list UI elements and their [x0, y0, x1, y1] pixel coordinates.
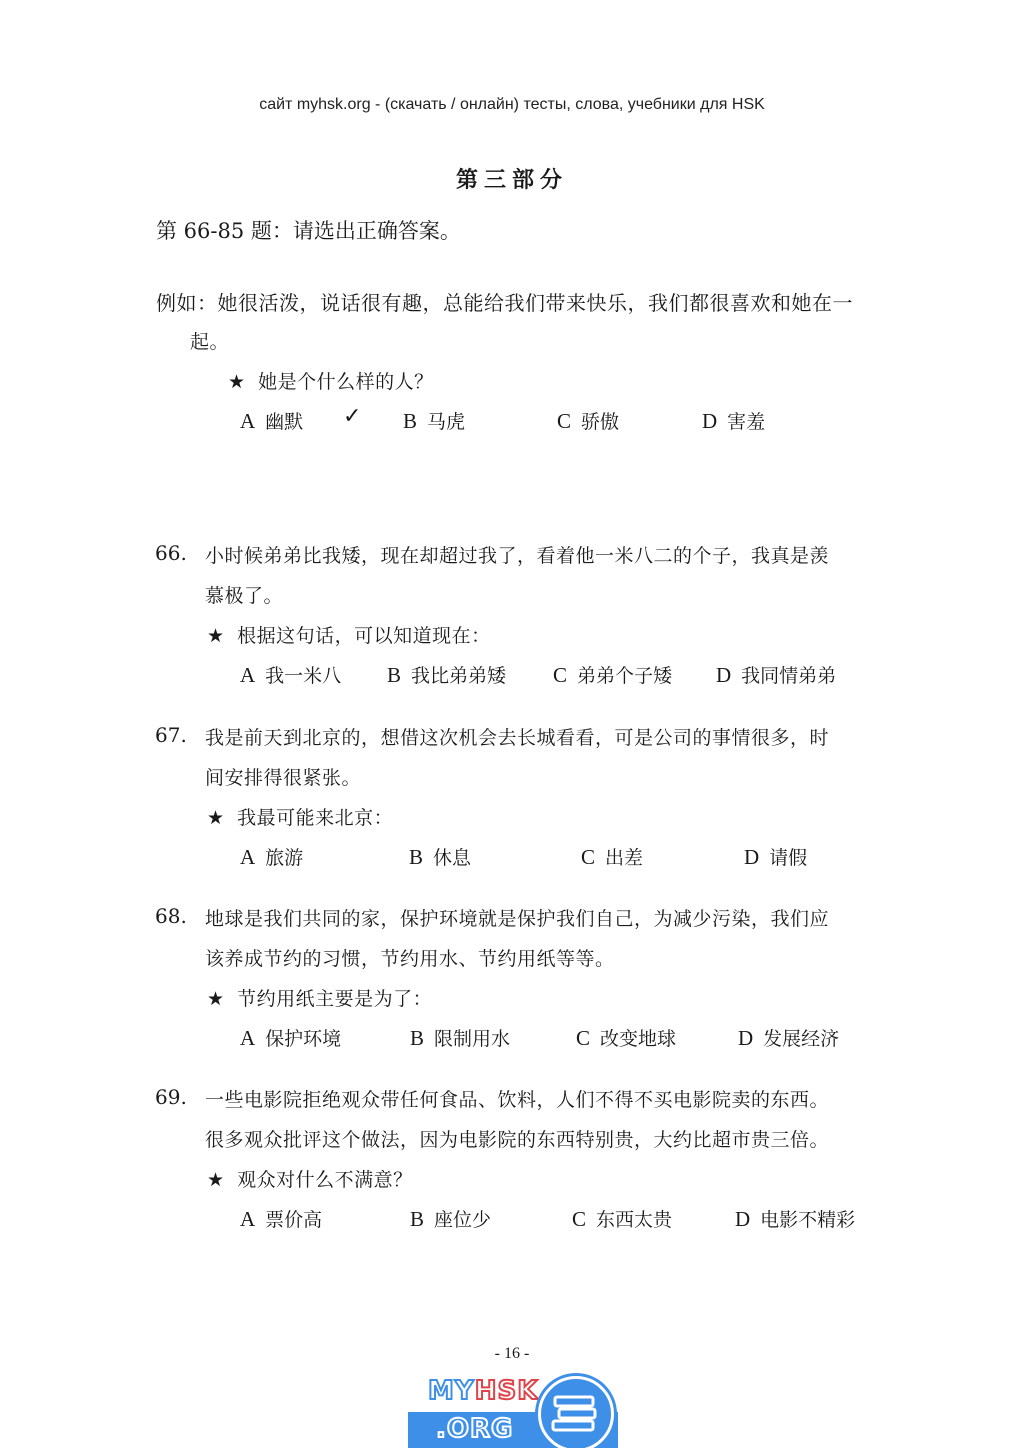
star-icon: ★	[207, 625, 224, 647]
option-d[interactable]: D电影不精彩	[735, 1205, 855, 1232]
option-d[interactable]: D我同情弟弟	[716, 661, 836, 688]
example-option-c: C骄傲	[557, 407, 619, 434]
example-option-b: B马虎	[403, 407, 465, 434]
option-b[interactable]: B座位少	[410, 1205, 491, 1232]
question-number: 66.	[155, 541, 187, 565]
question-number: 67.	[155, 723, 187, 747]
checkmark-icon: ✓	[343, 404, 361, 429]
passage-line1: 我是前天到北京的，想借这次机会去长城看看，可是公司的事情很多，时	[205, 723, 829, 750]
passage-line1: 小时候弟弟比我矮，现在却超过我了，看着他一米八二的个子，我真是羡	[205, 541, 829, 568]
option-a[interactable]: A保护环境	[240, 1024, 341, 1051]
option-b[interactable]: B我比弟弟矮	[387, 661, 506, 688]
option-c[interactable]: C弟弟个子矮	[553, 661, 672, 688]
section-title: 第三部分	[0, 163, 1024, 194]
passage-line1: 一些电影院拒绝观众带任何食品、饮料，人们不得不买电影院卖的东西。	[205, 1085, 829, 1112]
option-b[interactable]: B休息	[409, 843, 471, 870]
page-number: - 16 -	[0, 1345, 1024, 1363]
passage-line2: 很多观众批评这个做法，因为电影院的东西特别贵，大约比超市贵三倍。	[205, 1125, 829, 1152]
myhsk-logo[interactable]: MYHSK .ORG	[408, 1372, 618, 1448]
example-passage-line1: 她很活泼，说话很有趣，总能给我们带来快乐，我们都很喜欢和她在一	[218, 291, 854, 315]
question-prompt: 节约用纸主要是为了：	[237, 988, 432, 1010]
example-passage-line2: 起。	[190, 327, 229, 354]
instructions: 第 66-85 题：请选出正确答案。	[156, 215, 461, 245]
logo-text-org: .ORG	[436, 1414, 513, 1444]
option-a[interactable]: A旅游	[240, 843, 303, 870]
option-c[interactable]: C出差	[581, 843, 643, 870]
passage-line2: 慕极了。	[205, 581, 283, 608]
star-icon: ★	[207, 988, 224, 1010]
option-c[interactable]: C东西太贵	[572, 1205, 672, 1232]
option-a[interactable]: A票价高	[240, 1205, 322, 1232]
example-question: 她是个什么样的人？	[258, 371, 434, 393]
example-option-a: A幽默	[240, 407, 303, 434]
option-c[interactable]: C改变地球	[576, 1024, 676, 1051]
passage-line1: 地球是我们共同的家，保护环境就是保护我们自己，为减少污染，我们应	[205, 904, 829, 931]
question-prompt: 我最可能来北京：	[237, 807, 393, 829]
option-a[interactable]: A我一米八	[240, 661, 341, 688]
option-d[interactable]: D发展经济	[738, 1024, 839, 1051]
example-label: 例如：	[156, 291, 218, 315]
star-icon: ★	[207, 807, 224, 829]
question-prompt: 根据这句话，可以知道现在：	[237, 625, 491, 647]
option-d[interactable]: D请假	[744, 843, 807, 870]
star-icon: ★	[228, 371, 245, 393]
logo-text-top: MYHSK	[428, 1376, 538, 1406]
question-prompt: 观众对什么不满意？	[237, 1169, 413, 1191]
example-option-d: D害羞	[702, 407, 765, 434]
site-header: сайт myhsk.org - (скачать / онлайн) тест…	[0, 96, 1024, 114]
passage-line2: 该养成节约的习惯，节约用水、节约用纸等等。	[205, 944, 615, 971]
passage-line2: 间安排得很紧张。	[205, 763, 361, 790]
option-b[interactable]: B限制用水	[410, 1024, 510, 1051]
star-icon: ★	[207, 1169, 224, 1191]
question-number: 69.	[155, 1085, 187, 1109]
books-icon	[538, 1376, 614, 1448]
question-number: 68.	[155, 904, 187, 928]
